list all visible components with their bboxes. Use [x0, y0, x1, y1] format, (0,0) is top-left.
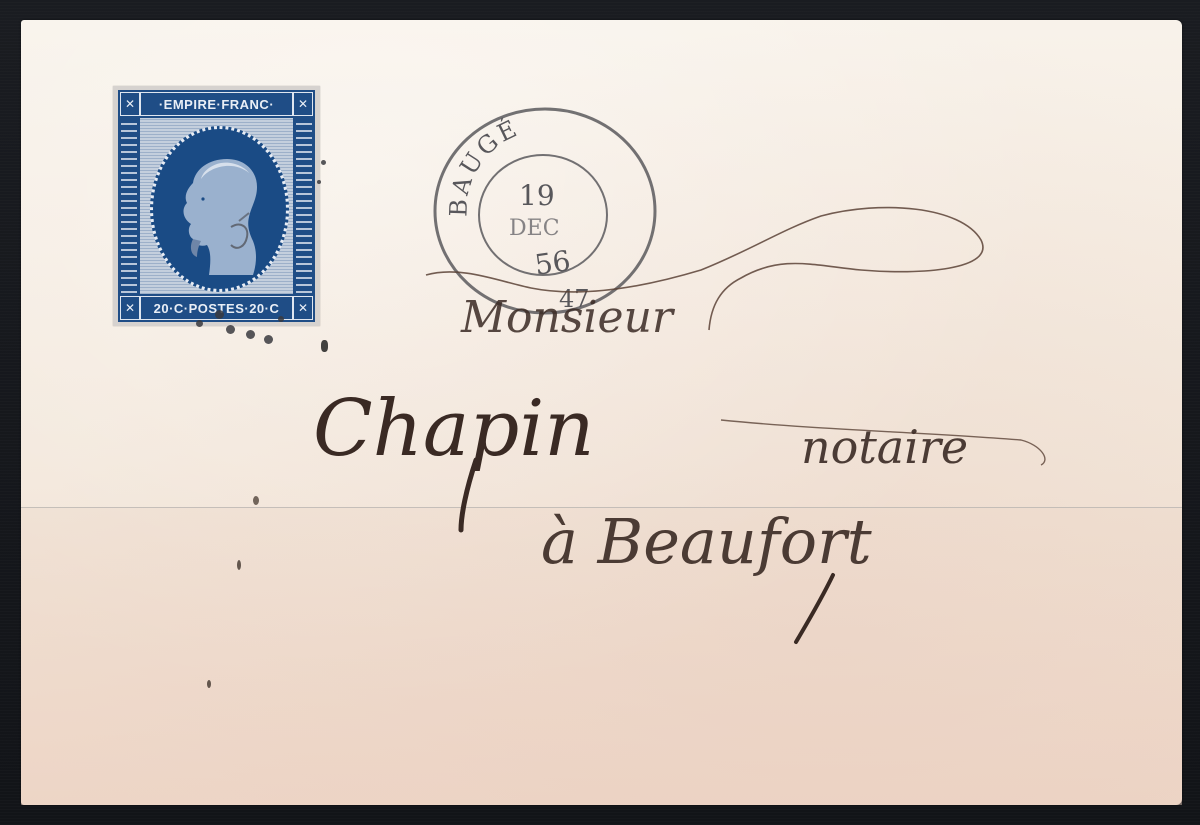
address-salutation: Monsieur [460, 292, 676, 343]
address-title: notaire [801, 420, 968, 474]
handwritten-address: Monsieur Chapin notaire à Beaufort [21, 20, 1182, 805]
address-destination: à Beaufort [541, 505, 872, 578]
envelope-cover: ✕ ✕ ✕ ✕ ·EMPIRE·FRANC· 20·C·POSTES·20·C [21, 20, 1182, 805]
address-name: Chapin [313, 384, 595, 474]
